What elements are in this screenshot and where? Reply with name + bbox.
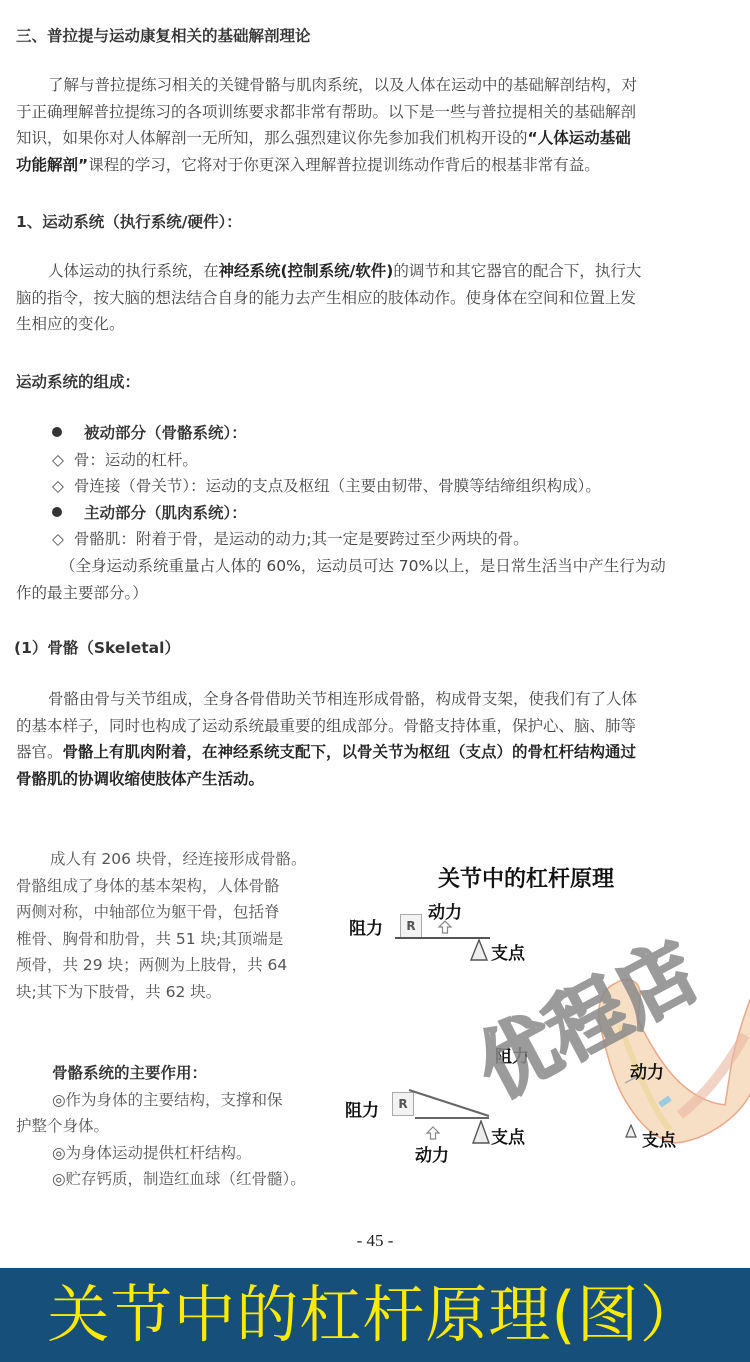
bones-paragraph: 成人有 206 块骨，经连接形成骨骼。 骨骼组成了身体的基本架构，人体骨骼 两侧… <box>16 846 336 1005</box>
fulcrum-triangle-icon <box>470 939 488 961</box>
list-item-active: 主动部分（肌肉系统）： <box>52 500 601 527</box>
list-item-skeletal-muscle: ◇骨骼肌：附着于骨，是运动的动力;其一定是要跨过至少两块的骨。 <box>52 526 601 553</box>
bones-line: 椎骨、胸骨和肋骨，共 51 块;其顶端是 <box>16 926 336 953</box>
arm-fulcrum-triangle-icon <box>625 1124 637 1138</box>
list-item-passive: 被动部分（骨骼系统）： <box>52 420 601 447</box>
function-item: ◎为身体运动提供杠杆结构。 <box>16 1140 346 1167</box>
course-name-part2: 功能解剖” <box>16 156 88 174</box>
motor-system-paragraph: 人体运动的执行系统，在神经系统(控制系统/软件)的调节和其它器官的配合下，执行大… <box>16 258 726 338</box>
section-title: 三、普拉提与运动康复相关的基础解剖理论 <box>16 24 311 46</box>
composition-title: 运动系统的组成： <box>16 370 140 392</box>
bones-line: 块;其下为下肢骨，共 62 块。 <box>16 979 336 1006</box>
bones-line: 颅骨，共 29 块；两侧为上肢骨，共 64 <box>16 952 336 979</box>
skeletal-line-1: 骨骼由骨与关节组成，全身各骨借助关节相连形成骨骼，构成骨支架，使我们有了人体 <box>16 686 726 713</box>
page-number: - 45 - <box>0 1231 750 1251</box>
skeletal-line-4: 骨骼肌的协调收缩使肢体产生活动。 <box>16 766 726 793</box>
fulcrum-triangle-icon <box>472 1120 490 1144</box>
up-arrow-icon <box>438 920 452 934</box>
skeletal-paragraph: 骨骼由骨与关节组成，全身各骨借助关节相连形成骨骼，构成骨支架，使我们有了人体 的… <box>16 686 726 792</box>
intro-line-3: 知识，如果你对人体解剖一无所知，那么强烈建议你先参加我们机构开设的“人体运动基础 <box>16 125 726 152</box>
bottom-fulcrum-label: 支点 <box>491 1123 525 1148</box>
bullet-icon <box>52 507 62 517</box>
motor-line-1-pre: 人体运动的执行系统，在 <box>48 262 219 280</box>
functions-title: 骨骼系统的主要作用： <box>16 1060 346 1087</box>
intro-line-3-text: 知识，如果你对人体解剖一无所知，那么强烈建议你先参加我们机构开设的 <box>16 129 528 147</box>
list-item-text: 主动部分（肌肉系统）： <box>84 504 247 522</box>
note-line-2: 作的最主要部分。） <box>16 580 726 607</box>
intro-line-2: 于正确理解普拉提练习的各项训练要求都非常有帮助。以下是一些与普拉提相关的基础解剖 <box>16 99 726 126</box>
top-fulcrum-label: 支点 <box>491 939 525 964</box>
skeletal-line-2: 的基本样子，同时也构成了运动系统最重要的组成部分。骨骼支持体重，保护心、脑、肺等 <box>16 713 726 740</box>
nervous-system-term: 神经系统(控制系统/软件) <box>219 262 394 280</box>
intro-line-4: 功能解剖”课程的学习，它将对于你更深入理解普拉提训练动作背后的根基非常有益。 <box>16 152 726 179</box>
motor-line-1: 人体运动的执行系统，在神经系统(控制系统/软件)的调节和其它器官的配合下，执行大 <box>16 258 726 285</box>
composition-list: 被动部分（骨骼系统）： ◇骨：运动的杠杆。 ◇骨连接（骨关节）：运动的支点及枢纽… <box>52 420 601 553</box>
motor-line-1-post: 的调节和其它器官的配合下，执行大 <box>393 262 641 280</box>
skeletal-line-4-bold: 骨骼肌的协调收缩使肢体产生活动。 <box>16 770 264 788</box>
bones-line: 骨骼组成了身体的基本架构，人体骨骼 <box>16 873 336 900</box>
composition-note: （全身运动系统重量占人体的 60%，运动员可达 70%以上，是日常生活当中产生行… <box>16 553 726 606</box>
diamond-icon: ◇ <box>52 526 64 553</box>
diamond-icon: ◇ <box>52 447 64 474</box>
resistance-box-icon: R <box>400 914 422 938</box>
list-item-bone: ◇骨：运动的杠杆。 <box>52 447 601 474</box>
list-item-text: 骨连接（骨关节）：运动的支点及枢纽（主要由韧带、骨膜等结缔组织构成）。 <box>74 477 601 495</box>
course-name-part1: “人体运动基础 <box>528 129 631 147</box>
intro-paragraph: 了解与普拉提练习相关的关键骨骼与肌肉系统，以及人体在运动中的基础解剖结构，对 于… <box>16 72 726 178</box>
arm-effort-label: 动力 <box>630 1058 664 1083</box>
function-item: ◎贮存钙质，制造红血球（红骨髓）。 <box>16 1166 346 1193</box>
bottom-resistance-label: 阻力 <box>345 1096 379 1121</box>
motor-line-3: 生相应的变化。 <box>16 311 726 338</box>
skeletal-line-3-bold: 骨骼上有肌肉附着，在神经系统支配下，以骨关节为枢纽（支点）的骨杠杆结构通过 <box>63 743 637 761</box>
arm-fulcrum-label: 支点 <box>642 1126 676 1151</box>
note-line-1: （全身运动系统重量占人体的 60%，运动员可达 70%以上，是日常生活当中产生行… <box>16 553 726 580</box>
intro-line-4-text: 课程的学习，它将对于你更深入理解普拉提训练动作背后的根基非常有益。 <box>88 156 600 174</box>
subsection-title-motor-system: 1、运动系统（执行系统/硬件）： <box>16 210 242 232</box>
diamond-icon: ◇ <box>52 473 64 500</box>
bones-line: 成人有 206 块骨，经连接形成骨骼。 <box>16 846 336 873</box>
motor-line-2: 脑的指令，按大脑的想法结合自身的能力去产生相应的肢体动作。使身体在空间和位置上发 <box>16 285 726 312</box>
intro-line-1: 了解与普拉提练习相关的关键骨骼与肌肉系统，以及人体在运动中的基础解剖结构，对 <box>16 72 726 99</box>
bottom-effort-label: 动力 <box>415 1141 449 1166</box>
skeletal-line-3-pre: 器官。 <box>16 743 63 761</box>
caption-banner: 关节中的杠杆原理(图） <box>0 1268 750 1362</box>
functions-block: 骨骼系统的主要作用： ◎作为身体的主要结构，支撑和保 护整个身体。 ◎为身体运动… <box>16 1060 346 1193</box>
top-resistance-label: 阻力 <box>349 914 383 939</box>
skeletal-line-3: 器官。骨骼上有肌肉附着，在神经系统支配下，以骨关节为枢纽（支点）的骨杠杆结构通过 <box>16 739 726 766</box>
bullet-icon <box>52 427 62 437</box>
list-item-text: 被动部分（骨骼系统）： <box>84 424 247 442</box>
figure-title: 关节中的杠杆原理 <box>438 862 614 893</box>
function-item: ◎作为身体的主要结构，支撑和保 <box>16 1087 346 1114</box>
list-item-joint: ◇骨连接（骨关节）：运动的支点及枢纽（主要由韧带、骨膜等结缔组织构成）。 <box>52 473 601 500</box>
function-item-cont: 护整个身体。 <box>16 1113 346 1140</box>
list-item-text: 骨骼肌：附着于骨，是运动的动力;其一定是要跨过至少两块的骨。 <box>74 530 529 548</box>
bones-line: 两侧对称，中轴部位为躯干骨，包括脊 <box>16 899 336 926</box>
list-item-text: 骨：运动的杠杆。 <box>74 451 198 469</box>
up-arrow-icon <box>426 1126 440 1140</box>
subsection-title-skeletal: (1）骨骼（Skeletal） <box>14 636 180 658</box>
